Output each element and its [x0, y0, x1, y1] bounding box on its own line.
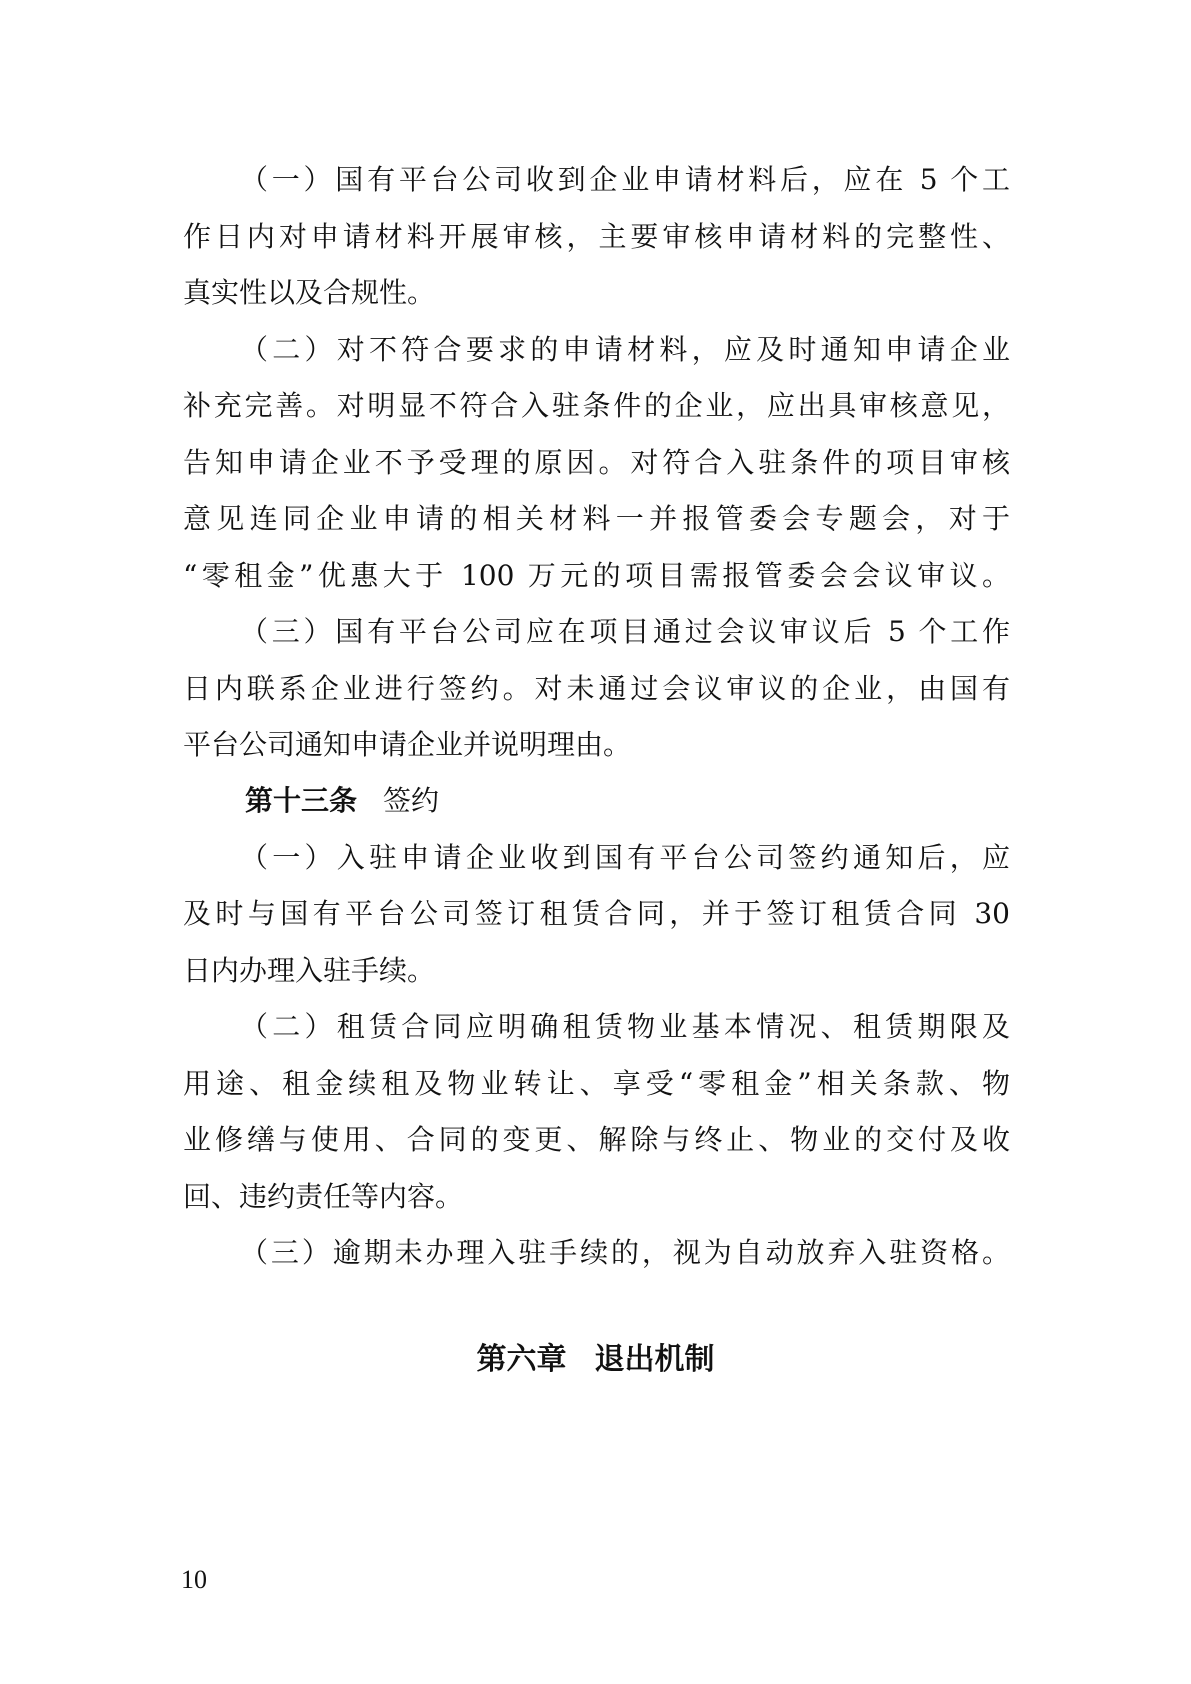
- paragraph-line: 真实性以及合规性。: [183, 273, 1010, 313]
- paragraph-line: 作日内对申请材料开展审核，主要审核申请材料的完整性、: [183, 217, 1010, 257]
- paragraph-line: （二）租赁合同应明确租赁物业基本情况、租赁期限及: [240, 1007, 1010, 1047]
- paragraph-line: 业修缮与使用、合同的变更、解除与终止、物业的交付及收: [183, 1120, 1010, 1160]
- chapter-title: 退出机制: [595, 1342, 715, 1377]
- paragraph-line: 及时与国有平台公司签订租赁合同，并于签订租赁合同 30: [183, 894, 1010, 934]
- paragraph-line: 回、违约责任等内容。: [183, 1177, 1010, 1217]
- paragraph-line: （一）入驻申请企业收到国有平台公司签约通知后，应: [240, 838, 1010, 878]
- page-number: 10: [181, 1564, 207, 1596]
- paragraph-line: 告知申请企业不予受理的原因。对符合入驻条件的项目审核: [183, 443, 1010, 483]
- chapter-heading: 第六章退出机制: [0, 1338, 1191, 1382]
- paragraph-line: 用途、租金续租及物业转让、享受“零租金”相关条款、物: [183, 1064, 1010, 1104]
- article-title: 签约: [383, 784, 439, 817]
- chapter-number: 第六章: [477, 1342, 567, 1377]
- paragraph-line: 意见连同企业申请的相关材料一并报管委会专题会，对于: [183, 499, 1010, 539]
- document-page: （一）国有平台公司收到企业申请材料后，应在 5 个工 作日内对申请材料开展审核，…: [0, 0, 1191, 1684]
- article-number: 第十三条: [245, 784, 357, 817]
- paragraph-line: 日内联系企业进行签约。对未通过会议审议的企业，由国有: [183, 669, 1010, 709]
- paragraph-line: “零租金”优惠大于 100 万元的项目需报管委会会议审议。: [183, 556, 1010, 596]
- paragraph-line: 补充完善。对明显不符合入驻条件的企业，应出具审核意见，: [183, 386, 1010, 426]
- paragraph-line: （二）对不符合要求的申请材料，应及时通知申请企业: [240, 330, 1010, 370]
- paragraph-line: （三）国有平台公司应在项目通过会议审议后 5 个工作: [240, 612, 1010, 652]
- paragraph-line: 平台公司通知申请企业并说明理由。: [183, 725, 1010, 765]
- paragraph-line: （一）国有平台公司收到企业申请材料后，应在 5 个工: [240, 160, 1010, 200]
- paragraph-line: 日内办理入驻手续。: [183, 951, 1010, 991]
- article-heading: 第十三条签约: [245, 781, 545, 821]
- paragraph-line: （三）逾期未办理入驻手续的，视为自动放弃入驻资格。: [240, 1233, 1010, 1273]
